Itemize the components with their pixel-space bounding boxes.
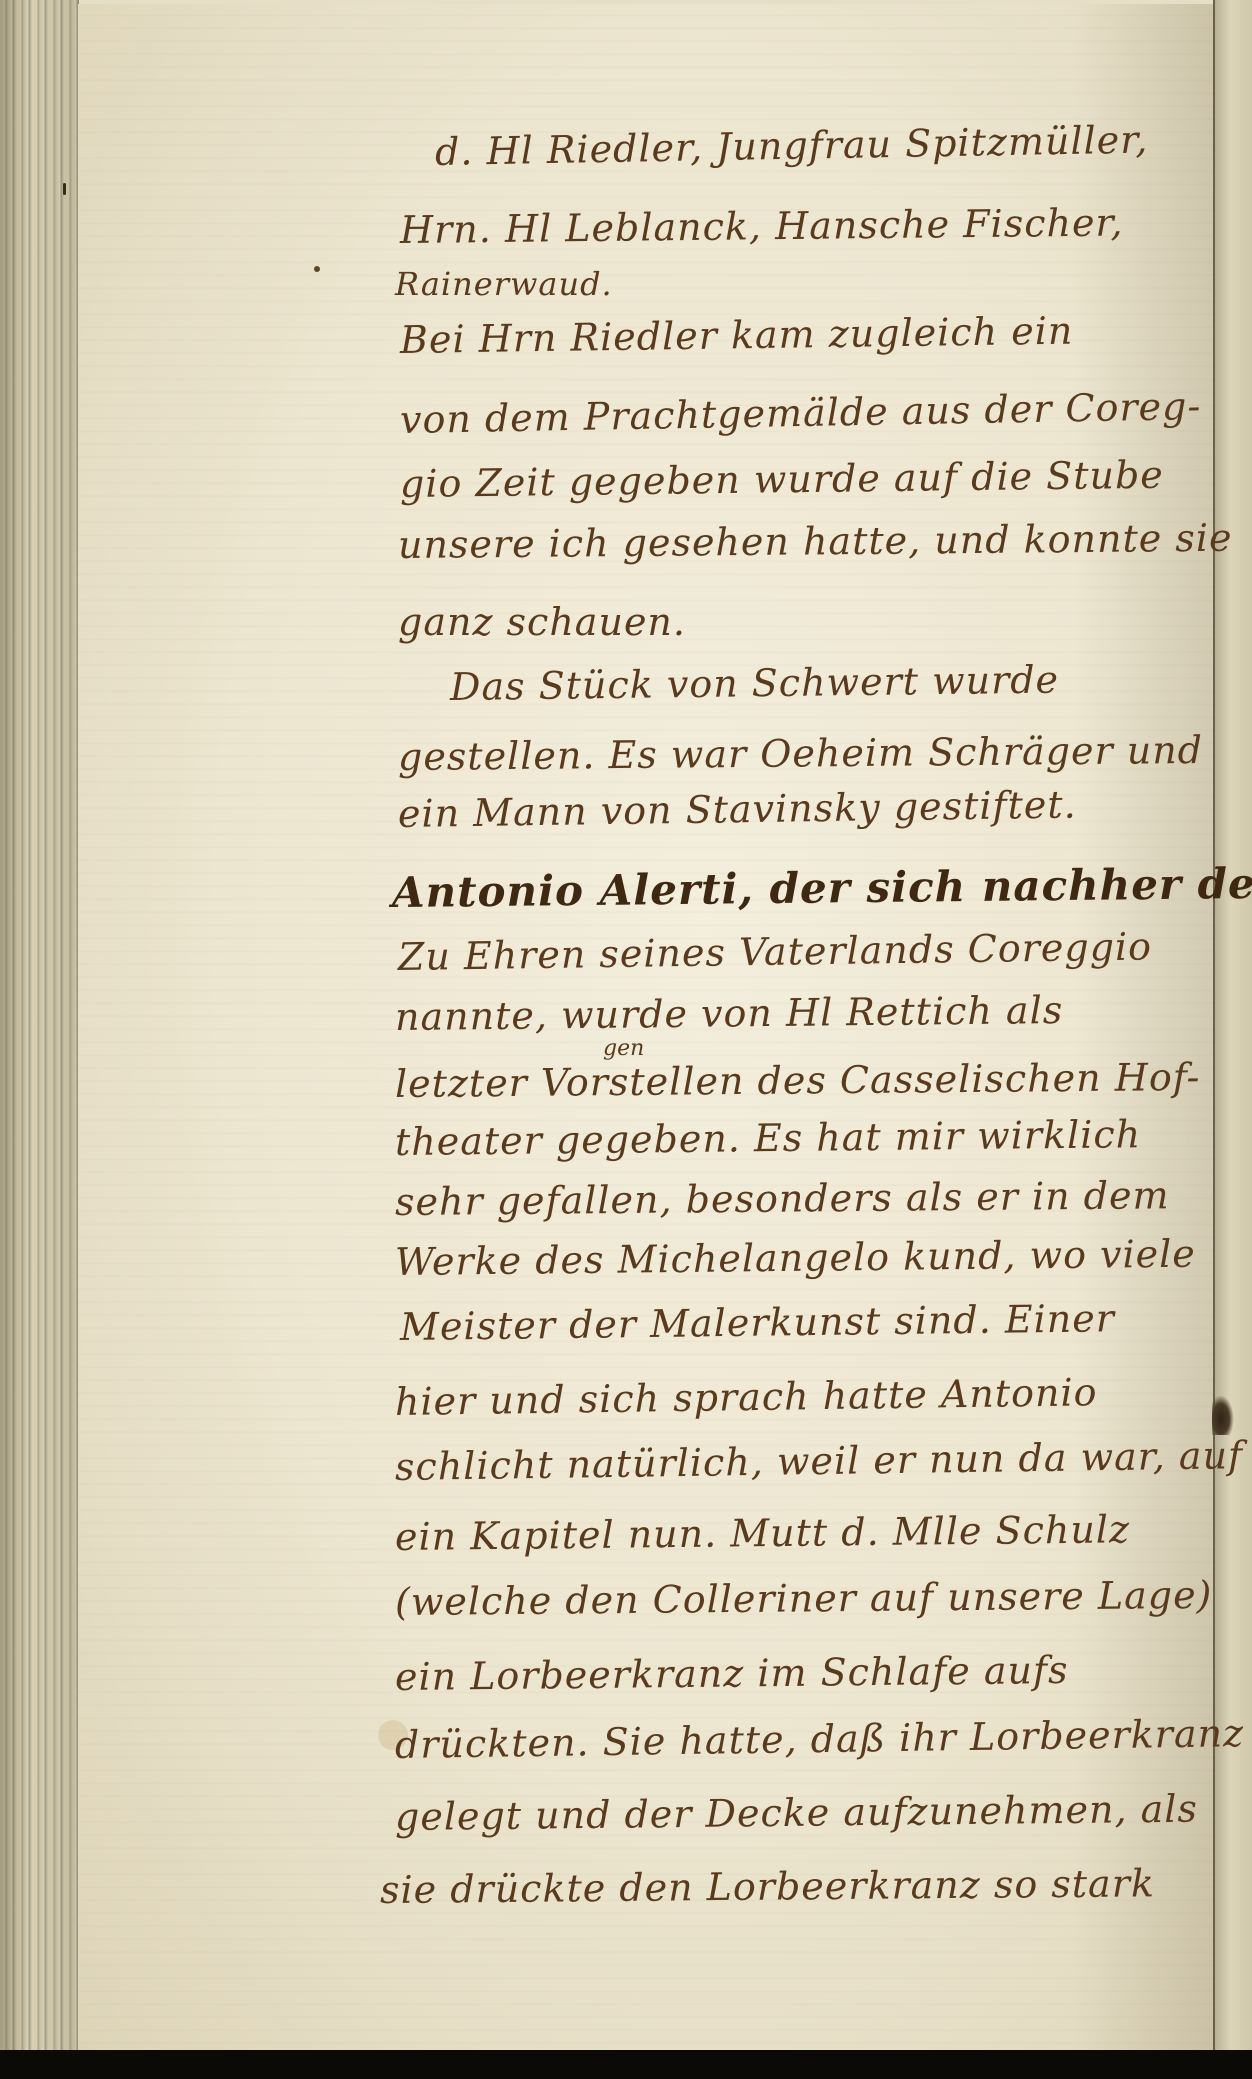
manuscript-line: gelegt und der Decke aufzunehmen, als bbox=[395, 1787, 1198, 1839]
manuscript-line: letzter Vorstellen des Casselischen Hof- bbox=[395, 1055, 1201, 1106]
manuscript-line: unsere ich gesehen hatte, und konnte sie bbox=[398, 516, 1233, 567]
manuscript-line: d. Hl Riedler, Jungfrau Spitzmüller, bbox=[435, 118, 1149, 174]
manuscript-line: theater gegeben. Es hat mir wirklich bbox=[395, 1112, 1142, 1164]
manuscript-line: Antonio Alerti, der sich nachher den bbox=[392, 859, 1252, 917]
manuscript-line: sie drückte den Lorbeerkranz so stark bbox=[380, 1861, 1155, 1912]
book-scan: d. Hl Riedler, Jungfrau Spitzmüller, Hrn… bbox=[0, 0, 1252, 2060]
manuscript-line: Bei Hrn Riedler kam zugleich ein bbox=[400, 309, 1074, 362]
manuscript-line: Werke des Michelangelo kund, wo viele bbox=[395, 1232, 1196, 1284]
manuscript-line: ein Lorbeerkranz im Schlafe aufs bbox=[395, 1648, 1069, 1699]
manuscript-line: gestellen. Es war Oeheim Schräger und bbox=[398, 728, 1203, 779]
manuscript-line: Zu Ehren seines Vaterlands Coreggio bbox=[398, 924, 1153, 979]
manuscript-line: (welche den Colleriner auf unsere Lage) bbox=[395, 1573, 1213, 1624]
manuscript-line: ein Kapitel nun. Mutt d. Mlle Schulz bbox=[395, 1507, 1130, 1559]
manuscript-line: drückten. Sie hatte, daß ihr Lorbeerkran… bbox=[395, 1711, 1245, 1767]
manuscript-line: gio Zeit gegeben wurde auf die Stube bbox=[400, 453, 1164, 506]
manuscript-line: hier und sich sprach hatte Antonio bbox=[395, 1370, 1098, 1424]
manuscript-line: nannte, wurde von Hl Rettich als bbox=[395, 988, 1064, 1039]
manuscript-line: von dem Prachtgemälde aus der Coreg- bbox=[400, 384, 1202, 442]
manuscript-line: Hrn. Hl Leblanck, Hansche Fischer, bbox=[400, 200, 1124, 252]
manuscript-line: Das Stück von Schwert wurde bbox=[450, 658, 1060, 709]
manuscript-line: Meister der Malerkunst sind. Einer bbox=[400, 1296, 1115, 1349]
interlinear-insertion: gen bbox=[603, 1036, 644, 1061]
manuscript-line: ein Mann von Stavinsky gestiftet. bbox=[398, 783, 1077, 836]
manuscript-text: d. Hl Riedler, Jungfrau Spitzmüller, Hrn… bbox=[0, 0, 1252, 2060]
manuscript-line: sehr gefallen, besonders als er in dem bbox=[395, 1173, 1170, 1224]
manuscript-line: Rainerwaud. bbox=[395, 265, 613, 303]
scan-background bbox=[0, 2050, 1252, 2079]
manuscript-line: ganz schauen. bbox=[398, 600, 686, 644]
manuscript-line: schlicht natürlich, weil er nun da war, … bbox=[395, 1433, 1244, 1489]
